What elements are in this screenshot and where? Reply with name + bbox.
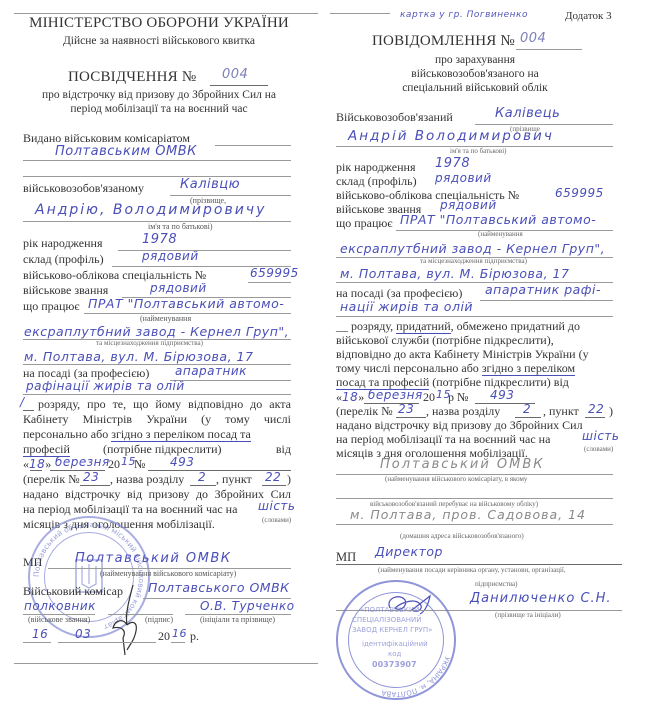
name-value: Андрію, Володимировичу — [35, 203, 266, 217]
months-value-right: шість — [582, 429, 619, 443]
number-underline — [210, 85, 268, 86]
rank-value: рядовий — [150, 281, 207, 295]
position-underline-1 — [170, 380, 291, 381]
list-close-right: ) — [609, 404, 613, 418]
validity-note: Дійсне за наявності військового квитка — [0, 34, 318, 48]
appendix-label: Додаток 3 — [565, 9, 612, 23]
months-value: шість — [258, 499, 295, 513]
person-label-right: Військовозобов'язаний — [336, 110, 453, 124]
surname-value: Калівцю — [180, 178, 240, 192]
body-line-3: персонально або згідно з переліком посад… — [23, 427, 291, 441]
commissar-signature — [105, 580, 155, 660]
top-divider-right — [330, 13, 390, 14]
ministry-heading: МІНІСТЕРСТВО ОБОРОНИ УКРАЇНИ — [0, 15, 318, 32]
body-line-4: професій (потрібне підкреслити) від — [23, 442, 291, 456]
notice-subtitle-1: про зарахування — [330, 53, 620, 67]
section-label-right: , назва розділу — [426, 404, 500, 418]
birth-year-value: 1978 — [142, 233, 177, 247]
works-underline-3 — [23, 364, 291, 365]
body-line-3-text: персонально або — [23, 427, 111, 441]
sign-year: 16 — [172, 627, 187, 641]
specialty-value-right: 659995 — [555, 186, 604, 200]
body-line-2: Кабінету Міністрів України (у тому числі — [23, 412, 291, 426]
notice-subtitle-3: спеціальний військовий облік — [330, 81, 620, 95]
position-value-2-right: нації жирів та олій — [340, 300, 473, 314]
mp-label: МП — [23, 555, 42, 569]
list-label-right: (перелік № — [336, 404, 393, 418]
notice-number-underline — [516, 49, 582, 50]
body-line-5-right-text: (потрібне підкреслити) від — [429, 375, 569, 389]
act-date-year-prefix-right: 20 — [423, 390, 435, 404]
issued-by-underline-1 — [215, 145, 291, 146]
top-divider — [14, 13, 318, 14]
act-date-month: березня — [55, 455, 110, 469]
body-line-3-right: відповідно до акта Кабінету Міністрів Ук… — [336, 347, 589, 361]
position-value-2: рафінації жирів та олій — [26, 379, 185, 393]
director-caption-2: підприємства) — [475, 580, 518, 588]
notice-title: ПОВІДОМЛЕННЯ № — [372, 33, 515, 50]
commissar-of-value: Полтавського ОМВК — [148, 581, 290, 595]
act-date-year-prefix: 20 — [108, 457, 120, 471]
works-label-right: що працює — [336, 216, 393, 230]
item-value: 22 — [265, 470, 281, 484]
position-label-right: на посаді (за професією) — [336, 286, 462, 300]
item-label-right: , пункт — [543, 404, 579, 418]
commissar-name-value: О.В. Турченко — [200, 599, 295, 613]
suitability-selected: придатний — [396, 319, 450, 334]
sign-year-underline — [171, 642, 185, 643]
item-label: , пункт — [216, 472, 252, 486]
position-underline-1-right — [480, 300, 613, 301]
works-value-3-right: м. Полтава, вул. М. Бірюзова, 17 — [340, 267, 569, 281]
body-line-4-from: від — [276, 442, 291, 456]
position-label: на посаді (за професією) — [23, 366, 149, 380]
issued-by-underline-3 — [23, 176, 291, 177]
months-caption-right: (словами) — [584, 445, 613, 453]
notice-number: 004 — [520, 32, 546, 46]
grant-line-2-right: на період мобілізації та на воєнний час … — [336, 432, 550, 446]
commissar-rank-value: полковник — [24, 599, 96, 613]
list-value-right: 23 — [398, 402, 414, 416]
suitability-prefix: __ розряду, — [336, 319, 396, 333]
position-underline-2-right — [336, 316, 613, 317]
list-underline — [80, 485, 110, 486]
mp-label-right: МП — [336, 550, 356, 564]
name-caption: ім'я та по батькові) — [148, 222, 213, 231]
commissariat-caption: (найменування військового комісаріату) — [100, 569, 236, 578]
address-value-right: м. Полтава, пров. Садовова, 14 — [350, 508, 586, 522]
director-value: Директор — [375, 545, 443, 559]
specialty-label: військово-облікова спеціальність № — [23, 268, 206, 282]
act-date-row-right: «18» — [336, 390, 364, 404]
commissariat-value: Полтавський ОМВК — [75, 552, 232, 566]
initials-caption: (ініціали та прізвище) — [200, 615, 275, 624]
works-caption-1: (найменування — [140, 314, 191, 323]
certificate-title: ПОСВІДЧЕННЯ № — [68, 69, 196, 86]
item-underline-right — [585, 417, 605, 418]
composition-label-right: склад (профіль) — [336, 174, 417, 188]
body-line-4-right-text: тому числі персонально або — [336, 361, 482, 375]
sign-month-underline — [58, 642, 156, 643]
act-date-day: 18 — [29, 457, 45, 471]
list-value: 23 — [83, 470, 99, 484]
birth-year-value-right: 1978 — [435, 157, 470, 171]
grade-underline — [23, 410, 34, 411]
specialty-value: 659995 — [250, 266, 299, 280]
act-date-suffix-right: р № — [448, 390, 468, 404]
issued-by-underline-2 — [23, 160, 291, 161]
suitability-line: __ розряду, придатний, обмежено придатни… — [336, 319, 580, 333]
act-date-month-right: березня — [368, 388, 423, 402]
act-date-day-underline — [30, 470, 42, 471]
notice-subtitle-2: військовозобов'язаного на — [330, 67, 620, 81]
body-line-4-text: (потрібне підкреслити) — [103, 442, 222, 456]
works-caption-1-right: (найменування — [478, 230, 523, 238]
act-number-right: 493 — [490, 388, 514, 402]
issued-by-label: Видано військовим комісаріатом — [23, 131, 190, 145]
section-underline — [190, 485, 216, 486]
commissariat-caption-right: (найменування військового комісаріату, в… — [385, 475, 527, 483]
stamp-line-3: ЗАВОД КЕРНЕЛ ГРУП» — [352, 626, 432, 634]
surname-value-right: Калівець — [495, 107, 560, 121]
handwritten-note: картка у гр. Погвиненко — [400, 8, 528, 22]
name-caption-right: ім'я та по батькові) — [450, 147, 506, 155]
notice-special-registration: картка у гр. Погвиненко Додаток 3 ПОВІДО… — [330, 0, 650, 709]
bottom-divider — [14, 663, 318, 664]
works-value-1-right: ПРАТ "Полтавський автомо- — [400, 213, 596, 227]
stamp-line-4: ідентифікаційний — [362, 640, 428, 648]
body-line-4-right-underlined: згідно з переліком — [482, 361, 575, 376]
address-caption-right: (домашня адреса військовозобов'язаного) — [400, 532, 524, 540]
grant-line-1: надано відстрочку від призову до Збройни… — [23, 487, 291, 501]
body-line-4-right: тому числі персонально або згідно з пере… — [336, 361, 575, 375]
section-value-right: 2 — [523, 402, 531, 416]
body-line-1: розряду, про те, що йому відповідно до а… — [38, 397, 291, 411]
section-label: , назва розділу — [110, 472, 184, 486]
birth-year-label: рік народження — [23, 236, 103, 250]
position-value-1-right: апаратник рафі- — [485, 283, 601, 297]
act-number-label: № — [134, 457, 145, 471]
list-label: (перелік № — [23, 472, 80, 486]
specialty-underline — [248, 282, 291, 283]
act-number: 493 — [170, 455, 194, 469]
position-underline-2 — [23, 394, 291, 395]
item-value-right: 22 — [588, 402, 604, 416]
director-name-caption: (прізвище та ініціали) — [495, 611, 561, 619]
certificate-subtitle-1: про відстрочку від призову до Збройних С… — [0, 88, 318, 102]
registered-underline-right — [336, 498, 613, 499]
stamp-line-2: СПЕЦІАЛІЗОВАНИЙ — [352, 616, 422, 624]
sign-day-underline — [23, 642, 51, 643]
months-caption: (словами) — [262, 516, 291, 524]
works-value-2: ексраплутбний завод - Кернел Груп", — [24, 325, 289, 339]
surname-underline — [170, 195, 291, 196]
grant-line-1-right: надано відстрочку від призову до Збройни… — [336, 418, 583, 432]
works-value-1: ПРАТ "Полтавський автомо- — [88, 297, 284, 311]
company-stamp: УКРАЇНА, м. ПОЛТАВА «ПОЛТАВСЬКИЙ СПЕЦІАЛ… — [336, 580, 456, 700]
body-line-2-right: військової служби (потрібне підкреслити)… — [336, 333, 554, 347]
birth-year-label-right: рік народження — [336, 160, 416, 174]
works-value-2-right: ексраплутбний завод - Кернел Груп", — [340, 242, 605, 256]
commissariat-value-right: Полтавський ОМВК — [380, 458, 545, 472]
sign-month: 03 — [75, 627, 91, 641]
person-label: військовозобов'язаному — [23, 181, 144, 195]
director-underline — [336, 564, 622, 565]
sign-year-suffix: р. — [190, 629, 199, 643]
address-underline-right — [336, 524, 613, 525]
section-value: 2 — [198, 470, 206, 484]
director-name-value: Данилюченко С.Н. — [470, 592, 612, 606]
rank-caption: (військове звання) — [28, 615, 90, 624]
body-line-5-right: посад та професій (потрібне підкреслити)… — [336, 375, 569, 389]
certificate-subtitle-2: період мобілізації та на воєнний час — [0, 102, 318, 116]
sign-day: 16 — [32, 627, 48, 641]
act-date-day-right: 18 — [342, 390, 358, 404]
stamp-code: 00373907 — [372, 660, 417, 669]
stamp-line-5: код — [388, 650, 401, 658]
works-caption-2: та місцезнаходження підприємства) — [96, 339, 203, 347]
act-date-row: «18» — [23, 457, 51, 471]
rank-label: військове звання — [23, 283, 108, 297]
works-label: що працює — [23, 299, 80, 313]
issued-by-value: Полтавським ОМВК — [55, 145, 197, 159]
certificate-number: 004 — [222, 68, 248, 82]
surname-underline-right — [475, 124, 613, 125]
rank-value-right: рядовий — [440, 198, 497, 212]
works-value-3: м. Полтава, вул. М. Бірюзова, 17 — [24, 350, 253, 364]
certificate-deferment: МІНІСТЕРСТВО ОБОРОНИ УКРАЇНИ Дійсне за н… — [0, 0, 318, 709]
position-value-1: апаратник — [175, 364, 247, 378]
grade-value: / — [20, 395, 25, 409]
composition-value-right: рядовий — [435, 171, 492, 185]
director-caption-1: (найменування посади керівника органу, у… — [378, 566, 566, 574]
list-close: ) — [287, 472, 291, 486]
works-caption-2-right: та місцезнаходження підприємства) — [420, 257, 527, 265]
name-value-right: Андрій Володимирович — [348, 129, 554, 143]
body-line-3-underlined: згідно з переліком посад та — [111, 427, 251, 442]
composition-value: рядовий — [142, 249, 199, 263]
composition-label: склад (профіль) — [23, 252, 104, 266]
suitability-suffix: , обмежено придатний до — [451, 319, 580, 333]
grant-line-2: на період мобілізації та на воєнний час … — [23, 502, 237, 516]
item-underline — [262, 485, 286, 486]
sign-year-prefix: 20 — [158, 629, 170, 643]
stamp-line-1: «ПОЛТАВСЬКИЙ — [360, 606, 419, 614]
